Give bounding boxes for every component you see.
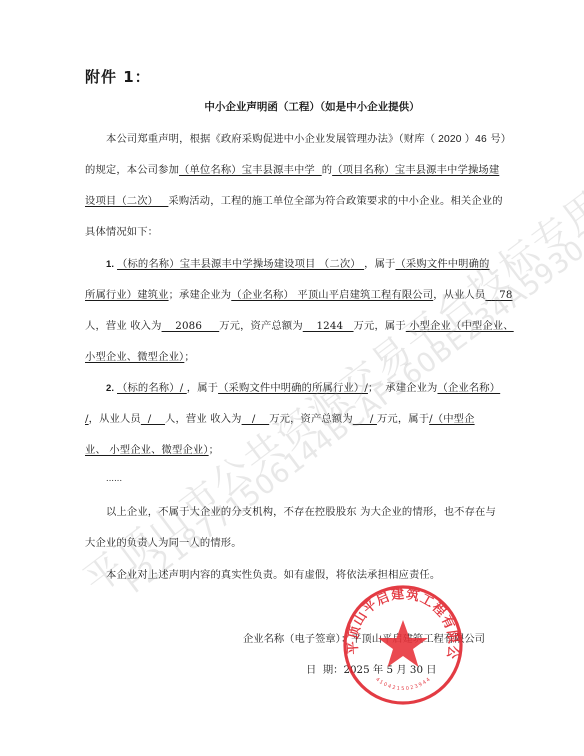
item1-line-1: 1. （标的名称）宝丰县源丰中学操场建设项目 （二次） ，属于（采购文件中明确的: [106, 257, 503, 272]
item2-staff-field: /: [141, 413, 165, 425]
item1-assets-field: 1244: [303, 320, 354, 332]
intro-line-3: 设项目（二次） 采购活动，工程的施工单位全部为符合政策要求的中小企业。相关企业的: [85, 194, 503, 208]
item2-line-3: 业、 小型企业、微型企业）；: [85, 443, 503, 457]
seal-text: 平顶山平启建筑工程有限公司: [340, 582, 460, 661]
date-year: 2025: [343, 664, 369, 676]
item2-line-2: /，从业人员 / 人，营业 收入为 / 万元，资产总额为 / 万元，属于/（中型…: [85, 412, 503, 426]
item2-type-field: /（中型企: [429, 413, 474, 425]
svg-text:平顶山平启建筑工程有限公司: 平顶山平启建筑工程有限公司: [340, 582, 460, 661]
intro-line-2: 的规定，本公司参加（单位名称）宝丰县源丰中学 的（项目名称）宝丰县源丰中学操场建: [85, 163, 503, 177]
signature-line: 企业名称（电子签章）：平顶山平启建筑工程有限公司: [243, 630, 485, 645]
item1-company-field: （企业名称） 平顶山平启建筑工程有限公司: [231, 289, 433, 301]
project-name-field: （项目名称）宝丰县源丰中学操场建: [332, 164, 499, 176]
item2-name-field: （标的名称）/: [117, 382, 187, 394]
date-line: 日 期：2025 年 5 月 30 日: [306, 661, 437, 676]
responsibility-statement: 本企业对上述声明内容的真实性负责。如有虚假，将依法承担相应责任。: [106, 568, 503, 582]
statement-line-1: 以上企业，不属于大企业的分支机构，不存在控股股东 为大企业的情形，也不存在与: [106, 505, 503, 519]
ellipsis: ......: [106, 472, 503, 486]
date-day: 30: [410, 664, 423, 676]
project-name-field-cont: 设项目（二次）: [85, 195, 168, 207]
item1-staff-field: 78: [485, 289, 512, 301]
intro-line-4: 具体情况如下：: [85, 225, 503, 239]
company-seal-icon: 平顶山平启建筑工程有限公司 4104215023944: [340, 582, 466, 708]
item1-name-field: （标的名称）宝丰县源丰中学操场建设项目 （二次）: [117, 258, 364, 270]
item2-company-field: （企业名称）: [438, 382, 501, 394]
statement-line-2: 大企业的负责人为同一人的情形。: [85, 536, 503, 550]
item2-line-1: 2. （标的名称）/ ，属于（采购文件中明确的所属行业）/； 承建企业为（企业名…: [106, 381, 503, 396]
item1-type-field: 小型企业（中型企业、: [406, 320, 514, 332]
document-title: 中小企业声明函（工程）（如是中小企业提供）: [0, 99, 584, 114]
item2-revenue-field: /: [242, 413, 270, 425]
item2-assets-field: /: [353, 413, 377, 425]
item1-revenue-field: 2086: [162, 320, 220, 332]
signature-company: 平顶山平启建筑工程有限公司: [351, 633, 485, 645]
item1-industry-field: （采购文件中明确的: [395, 258, 489, 270]
item1-line-4: 小型企业、微型企业）；: [85, 350, 503, 364]
unit-name-field: （单位名称）宝丰县源丰中学: [179, 164, 322, 176]
attachment-heading: 附件 1：: [85, 66, 151, 87]
item1-line-2: 所属行业）建筑业；承建企业为（企业名称） 平顶山平启建筑工程有限公司，从业人员 …: [85, 288, 503, 302]
svg-text:4104215023944: 4104215023944: [374, 676, 432, 692]
document-page: 附件 1： 中小企业声明函（工程）（如是中小企业提供） 本公司郑重声明，根据《政…: [0, 0, 584, 756]
intro-line-1: 本公司郑重声明，根据《政府采购促进中小企业发展管理办法》（财库（ 2020 ）4…: [106, 132, 503, 147]
item1-line-3: 人，营业 收入为 2086 万元，资产总额为 1244 万元，属于 小型企业（中…: [85, 319, 503, 333]
item2-industry-field: （采购文件中明确的所属行业）/: [218, 382, 368, 394]
seal-code: 4104215023944: [374, 676, 432, 692]
